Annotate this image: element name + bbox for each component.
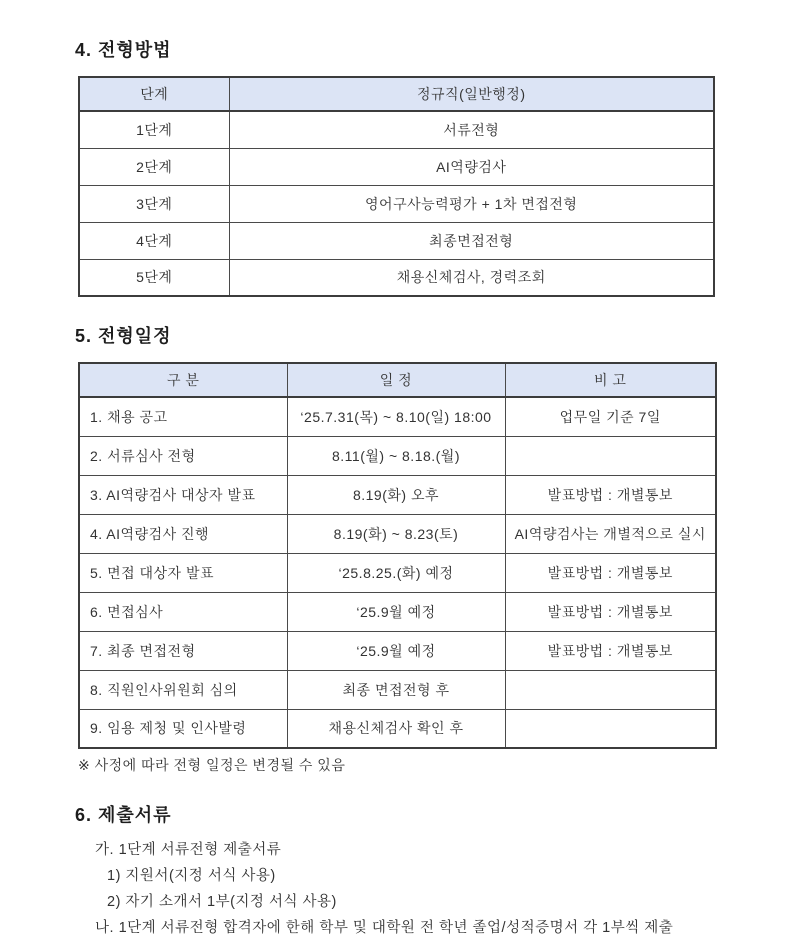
col-header-stage: 단계 [79,77,229,111]
table-cell-date: 최종 면접전형 후 [287,670,505,709]
table-cell-gubun: 4. AI역량검사 진행 [79,514,287,553]
table-row: 4. AI역량검사 진행 8.19(화) ~ 8.23(토) AI역량검사는 개… [79,514,716,553]
table-cell-stage: 3단계 [79,185,229,222]
table-cell-stage: 5단계 [79,259,229,296]
col-header-position: 정규직(일반행정) [229,77,714,111]
table-cell-note [505,709,716,748]
table-row: 7. 최종 면접전형 ‘25.9월 예정 발표방법 : 개별통보 [79,631,716,670]
table-cell-date: ‘25.8.25.(화) 예정 [287,553,505,592]
selection-method-table: 단계 정규직(일반행정) 1단계 서류전형 2단계 AI역량검사 3단계 영어구… [78,76,715,297]
table-row: 2단계 AI역량검사 [79,148,714,185]
table-cell-stage: 1단계 [79,111,229,148]
col-header-gubun: 구 분 [79,363,287,397]
section4-title: 4. 전형방법 [75,36,715,62]
section5-title: 5. 전형일정 [75,322,715,348]
table-cell-gubun: 3. AI역량검사 대상자 발표 [79,475,287,514]
list-item: 가. 1단계 서류전형 제출서류 [95,837,715,863]
table-row: 1단계 서류전형 [79,111,714,148]
table-cell-date: ‘25.9월 예정 [287,631,505,670]
list-item: 2) 자기 소개서 1부(지정 서식 사용) [107,889,715,915]
table-row: 8. 직원인사위원회 심의 최종 면접전형 후 [79,670,716,709]
col-header-note: 비 고 [505,363,716,397]
table-cell-note: 발표방법 : 개별통보 [505,592,716,631]
table-row: 1. 채용 공고 ‘25.7.31(목) ~ 8.10(일) 18:00 업무일… [79,397,716,436]
col-header-date: 일 정 [287,363,505,397]
table-cell-note: 업무일 기준 7일 [505,397,716,436]
table-cell-gubun: 1. 채용 공고 [79,397,287,436]
table-cell-gubun: 5. 면접 대상자 발표 [79,553,287,592]
table-cell-content: 채용신체검사, 경력조회 [229,259,714,296]
section6-title: 6. 제출서류 [75,801,715,827]
table-row: 2. 서류심사 전형 8.11(월) ~ 8.18.(월) [79,436,716,475]
table-header-row: 구 분 일 정 비 고 [79,363,716,397]
table-cell-date: 8.19(화) ~ 8.23(토) [287,514,505,553]
table-cell-date: ‘25.7.31(목) ~ 8.10(일) 18:00 [287,397,505,436]
table-cell-note [505,436,716,475]
table-cell-gubun: 8. 직원인사위원회 심의 [79,670,287,709]
table-row: 3. AI역량검사 대상자 발표 8.19(화) 오후 발표방법 : 개별통보 [79,475,716,514]
table-cell-content: 영어구사능력평가 + 1차 면접전형 [229,185,714,222]
table-cell-note: 발표방법 : 개별통보 [505,631,716,670]
table-cell-date: 8.11(월) ~ 8.18.(월) [287,436,505,475]
list-item: 나. 1단계 서류전형 합격자에 한해 학부 및 대학원 전 학년 졸업/성적증… [95,915,715,941]
table-cell-stage: 4단계 [79,222,229,259]
table-cell-content: 최종면접전형 [229,222,714,259]
table-cell-gubun: 6. 면접심사 [79,592,287,631]
table-cell-date: ‘25.9월 예정 [287,592,505,631]
schedule-footnote: ※ 사정에 따라 전형 일정은 변경될 수 있음 [78,755,715,775]
table-cell-date: 채용신체검사 확인 후 [287,709,505,748]
table-cell-note [505,670,716,709]
table-row: 6. 면접심사 ‘25.9월 예정 발표방법 : 개별통보 [79,592,716,631]
table-row: 5단계 채용신체검사, 경력조회 [79,259,714,296]
table-cell-note: 발표방법 : 개별통보 [505,553,716,592]
table-cell-gubun: 2. 서류심사 전형 [79,436,287,475]
table-cell-note: 발표방법 : 개별통보 [505,475,716,514]
table-row: 5. 면접 대상자 발표 ‘25.8.25.(화) 예정 발표방법 : 개별통보 [79,553,716,592]
table-row: 3단계 영어구사능력평가 + 1차 면접전형 [79,185,714,222]
table-cell-date: 8.19(화) 오후 [287,475,505,514]
document-page: 4. 전형방법 단계 정규직(일반행정) 1단계 서류전형 2단계 AI역량검사… [0,0,793,943]
table-cell-note: AI역량검사는 개별적으로 실시 [505,514,716,553]
table-cell-gubun: 7. 최종 면접전형 [79,631,287,670]
table-cell-content: 서류전형 [229,111,714,148]
selection-schedule-table: 구 분 일 정 비 고 1. 채용 공고 ‘25.7.31(목) ~ 8.10(… [78,362,717,749]
list-item: 1) 지원서(지정 서식 사용) [107,863,715,889]
submission-documents-list: 가. 1단계 서류전형 제출서류 1) 지원서(지정 서식 사용) 2) 자기 … [75,837,715,941]
table-row: 9. 임용 제청 및 인사발령 채용신체검사 확인 후 [79,709,716,748]
table-cell-gubun: 9. 임용 제청 및 인사발령 [79,709,287,748]
table-cell-content: AI역량검사 [229,148,714,185]
table-cell-stage: 2단계 [79,148,229,185]
table-header-row: 단계 정규직(일반행정) [79,77,714,111]
table-row: 4단계 최종면접전형 [79,222,714,259]
